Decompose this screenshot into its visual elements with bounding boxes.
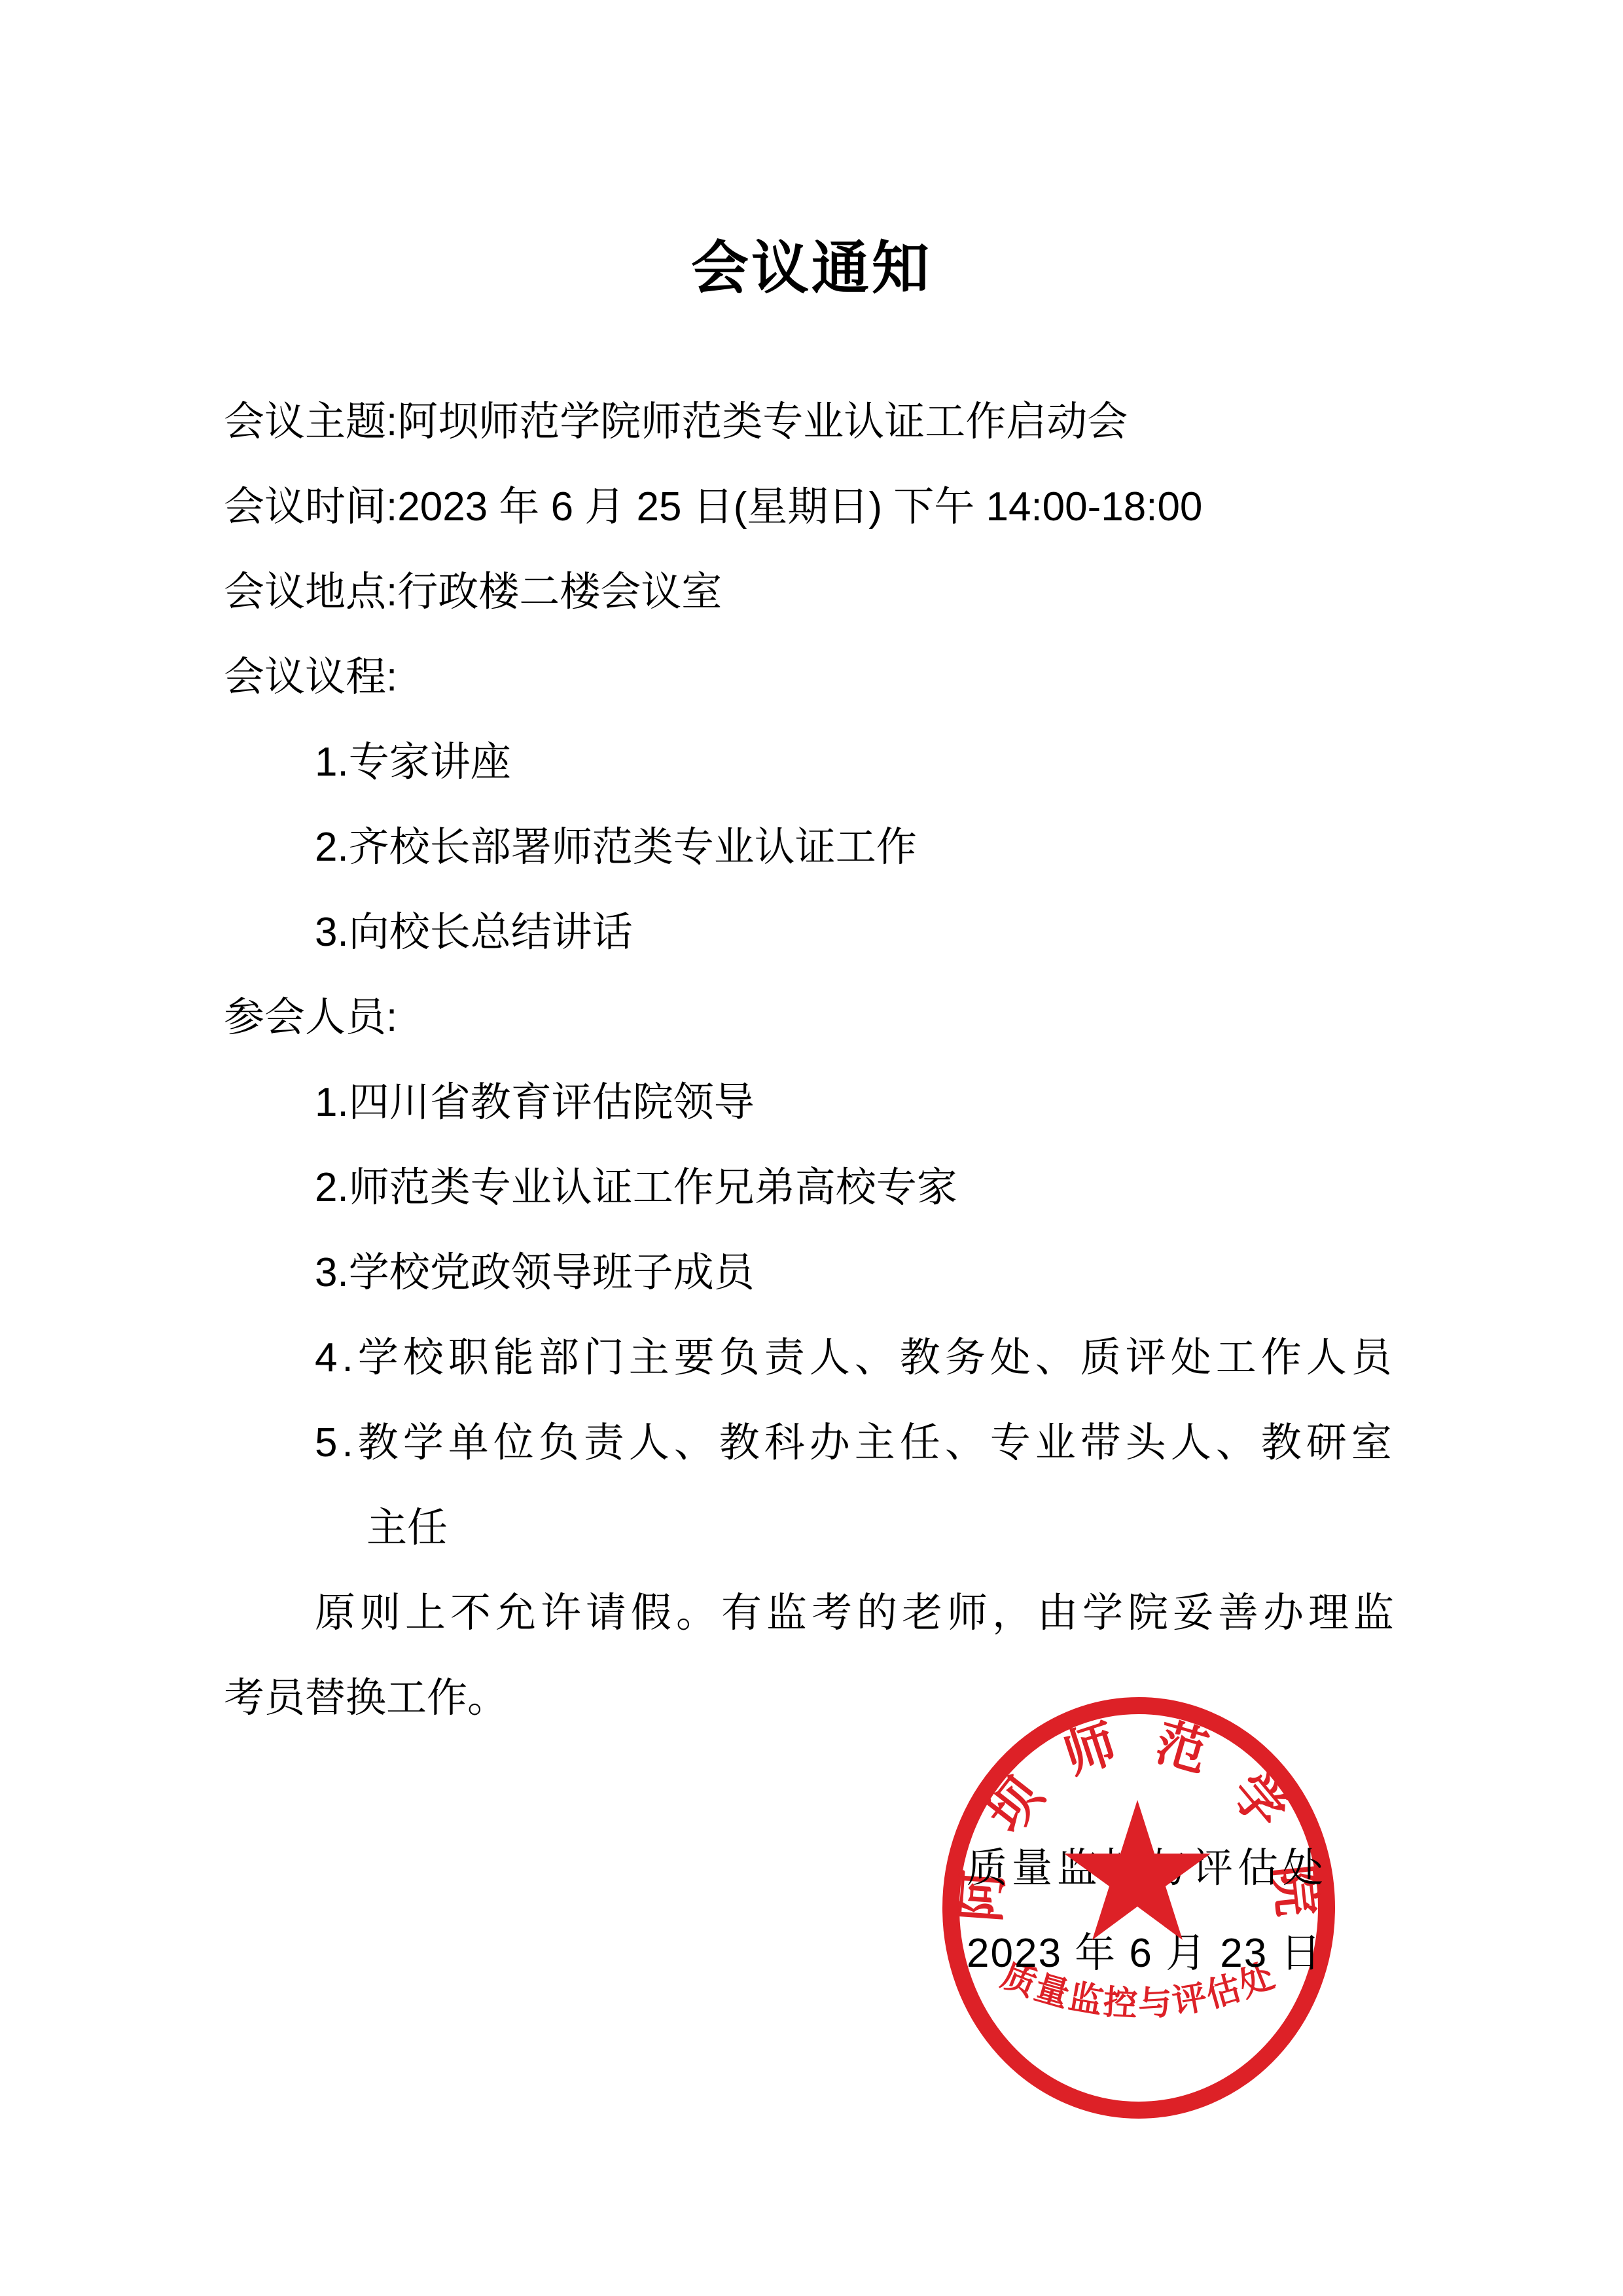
text-line: 会议主题:阿坝师范学院师范类专业认证工作启动会 — [224, 380, 1408, 465]
text-line: 会议地点:行政楼二楼会议室 — [224, 550, 1408, 635]
text-line: 考员替换工作。 — [224, 1656, 1408, 1741]
document-body: 会议主题:阿坝师范学院师范类专业认证工作启动会会议时间:2023 年 6 月 2… — [224, 380, 1408, 1741]
notice-page: 质量监控与评估处 阿坝师范学院 会议通知 会议主题:阿坝师范学院师范类专业认证工… — [0, 0, 1623, 2296]
text-line: 会议议程: — [224, 635, 1408, 720]
text-line: 4.学校职能部门主要负责人、教务处、质评处工作人员 — [224, 1316, 1408, 1401]
text-line: 1.四川省教育评估院领导 — [224, 1060, 1408, 1145]
notice-title: 会议通知 — [0, 223, 1623, 314]
text-line: 1.专家讲座 — [224, 720, 1408, 805]
signature-date: 2023 年 6 月 23 日 — [967, 1911, 1328, 1996]
signature-block: 质量监控与评估处 2023 年 6 月 23 日 — [967, 1826, 1328, 1996]
text-line: 参会人员: — [224, 975, 1408, 1060]
text-line: 2.齐校长部署师范类专业认证工作 — [224, 805, 1408, 890]
text-line: 3.向校长总结讲话 — [224, 890, 1408, 975]
text-line: 会议时间:2023 年 6 月 25 日(星期日) 下午 14:00-18:00 — [224, 465, 1408, 550]
text-line: 原则上不允许请假。有监考的老师，由学院妥善办理监 — [224, 1571, 1408, 1656]
text-line: 主任 — [224, 1486, 1408, 1571]
text-line: 2.师范类专业认证工作兄弟高校专家 — [224, 1145, 1408, 1230]
text-line: 3.学校党政领导班子成员 — [224, 1230, 1408, 1316]
text-line: 5.教学单位负责人、教科办主任、专业带头人、教研室 — [224, 1401, 1408, 1486]
signature-department: 质量监控与评估处 — [967, 1826, 1328, 1911]
